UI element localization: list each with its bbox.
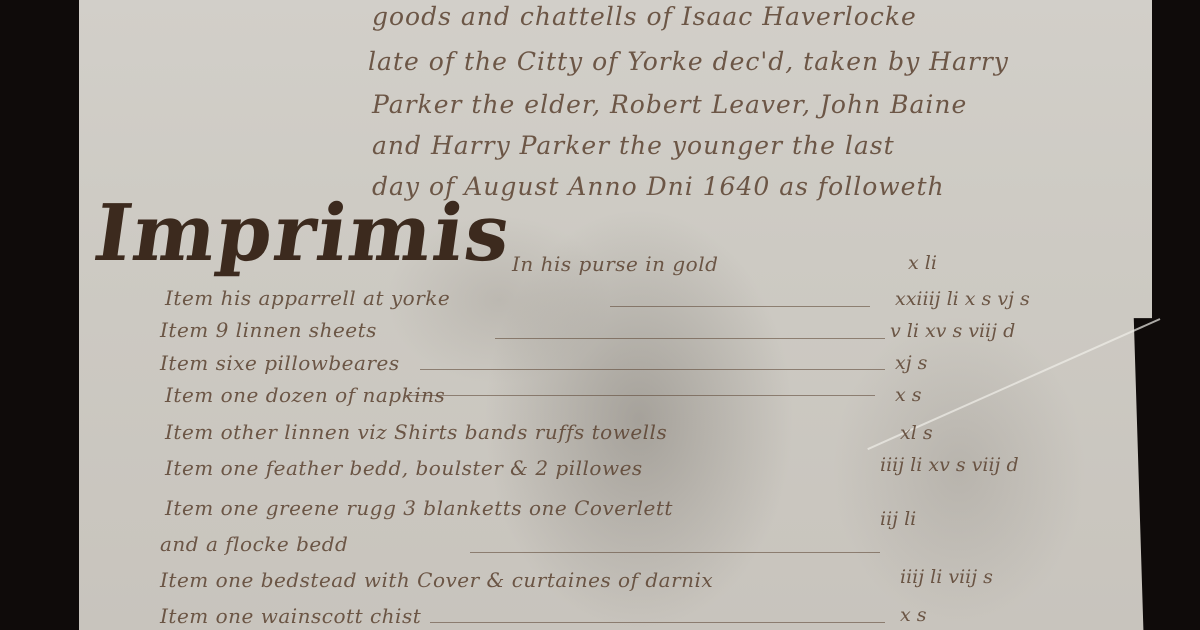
item-amount: x s bbox=[900, 604, 927, 626]
ledger-rule bbox=[495, 338, 885, 339]
header-line: Parker the elder, Robert Leaver, John Ba… bbox=[372, 90, 967, 119]
item-amount: iiij li xv s viij d bbox=[880, 454, 1019, 476]
item-amount: xj s bbox=[895, 352, 927, 374]
item-line: Item one feather bedd, boulster & 2 pill… bbox=[165, 456, 643, 480]
ledger-rule bbox=[420, 369, 885, 370]
item-line: Item his apparrell at yorke bbox=[165, 286, 450, 310]
item-amount: xxiiij li x s vj s bbox=[895, 288, 1030, 310]
item-amount: iiij li viij s bbox=[900, 566, 993, 588]
item-line: Item 9 linnen sheets bbox=[160, 318, 377, 342]
ledger-rule bbox=[430, 622, 885, 623]
item-line: Item one bedstead with Cover & curtaines… bbox=[160, 568, 713, 592]
header-line: and Harry Parker the younger the last bbox=[372, 131, 895, 160]
header-line: late of the Citty of Yorke dec'd, taken … bbox=[368, 47, 1009, 76]
ledger-rule bbox=[470, 552, 880, 553]
item-line: Item one wainscott chist bbox=[160, 604, 421, 628]
ledger-rule bbox=[610, 306, 870, 307]
item-line: Item other linnen viz Shirts bands ruffs… bbox=[165, 420, 667, 444]
item-amount: xl s bbox=[900, 422, 933, 444]
item-line: In his purse in gold bbox=[512, 252, 718, 276]
item-amount: x s bbox=[895, 384, 922, 406]
item-line: Item one greene rugg 3 blanketts one Cov… bbox=[165, 496, 673, 520]
item-amount: v li xv s viij d bbox=[890, 320, 1015, 342]
ledger-rule bbox=[405, 395, 875, 396]
item-line: Item sixe pillowbeares bbox=[160, 351, 400, 375]
item-amount: x li bbox=[908, 252, 937, 274]
imprimis-heading: Imprimis bbox=[89, 188, 518, 279]
item-line: Item one dozen of napkins bbox=[165, 383, 445, 407]
header-line: goods and chattells of Isaac Haverlocke bbox=[372, 2, 917, 31]
item-amount: iij li bbox=[880, 508, 916, 530]
item-line: and a flocke bedd bbox=[160, 532, 348, 556]
